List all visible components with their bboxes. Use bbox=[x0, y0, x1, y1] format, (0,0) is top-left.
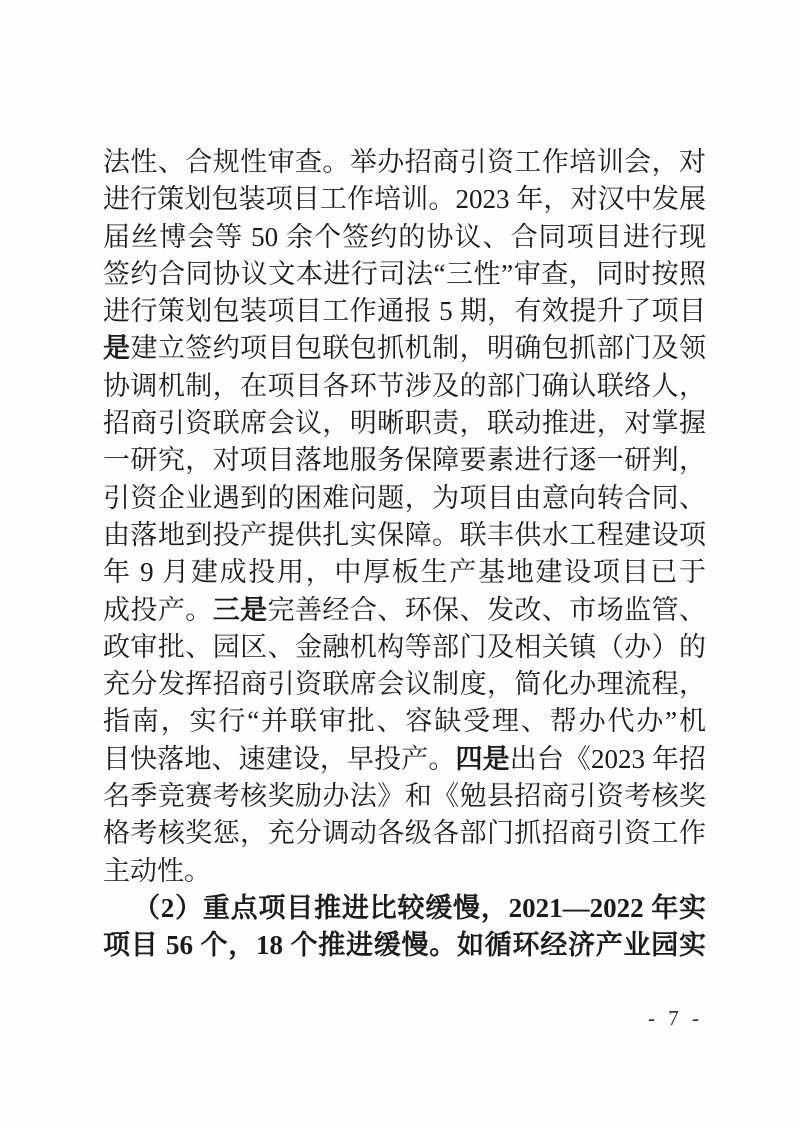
emphasis-text: 四是 bbox=[455, 744, 509, 774]
body-text: 充分发挥招商引资联席会议制度，简化办理流程，形成手续办理 bbox=[103, 669, 706, 703]
body-text: 建立签约项目包联包抓机制，明确包抓部门及领导，完善联动 bbox=[103, 333, 706, 367]
body-text: 进行策划包装项目工作培训。2023 年，对汉中发展大会，第六 bbox=[103, 184, 706, 218]
text-line: 项目 56 个，18 个推进缓慢。如循环经济产业园实施的 39 个重 bbox=[103, 927, 706, 964]
text-line: 充分发挥招商引资联席会议制度，简化办理流程，形成手续办理 bbox=[103, 666, 706, 703]
body-text: 名季竞赛考核奖励办法》和《勉县招商引资考核奖惩办法》，严 bbox=[103, 781, 706, 815]
body-text: 法性、合规性审查。举办招商引资工作培训会，对全县招商干部 bbox=[103, 147, 706, 181]
body-text: 成投产。 bbox=[103, 595, 213, 625]
body-text: 招商引资联席会议，明晰职责，联动推进，对掌握的线索项目逐 bbox=[103, 408, 706, 442]
document-body: 法性、合规性审查。举办招商引资工作培训会，对全县招商干部进行策划包装项目工作培训… bbox=[103, 144, 706, 965]
body-text: 协调机制，在项目各环节涉及的部门确认联络人，定期组织召开 bbox=[103, 371, 706, 405]
body-text: 进行策划包装项目工作通报 5 期，有效提升了项目谋划质量。 bbox=[103, 296, 706, 330]
text-line: （2）重点项目推进比较缓慢，2021—2022 年实施市级重点 bbox=[103, 890, 706, 927]
body-text: 年 9 月建成投用，中厚板生产基地建设项目已于 2023 年 12 月建 bbox=[103, 557, 706, 591]
text-line: 政审批、园区、金融机构等部门及相关镇（办）的联动协调机制， bbox=[103, 629, 706, 666]
text-line: 进行策划包装项目工作通报 5 期，有效提升了项目谋划质量。二 bbox=[103, 293, 706, 330]
text-line: 协调机制，在项目各环节涉及的部门确认联络人，定期组织召开 bbox=[103, 368, 706, 405]
body-text: 指南，实行“并联审批、容缺受理、帮办代办”机制，全力推动项 bbox=[103, 706, 706, 740]
emphasis-text: 是 bbox=[103, 333, 130, 363]
text-line: 名季竞赛考核奖励办法》和《勉县招商引资考核奖惩办法》，严 bbox=[103, 778, 706, 815]
text-line: 由落地到投产提供扎实保障。联丰供水工程建设项目已于 2023 bbox=[103, 517, 706, 554]
text-line: 主动性。 bbox=[103, 853, 706, 890]
body-text: 政审批、园区、金融机构等部门及相关镇（办）的联动协调机制， bbox=[103, 632, 706, 666]
text-line: 法性、合规性审查。举办招商引资工作培训会，对全县招商干部 bbox=[103, 144, 706, 181]
emphasis-text: 三是 bbox=[213, 595, 268, 625]
text-line: 签约合同协议文本进行司法“三性”审查，同时按照年度任务目标 bbox=[103, 256, 706, 293]
body-text: 一研究，对项目落地服务保障要素进行逐一研判，着力解决招商 bbox=[103, 445, 706, 479]
text-line: 引资企业遇到的困难问题，为项目由意向转合同、由合同转落地、 bbox=[103, 480, 706, 517]
emphasis-text: （2）重点项目推进比较缓慢，2021—2022 年实施市级重点 bbox=[133, 893, 706, 927]
document-page: 法性、合规性审查。举办招商引资工作培训会，对全县招商干部进行策划包装项目工作培训… bbox=[0, 0, 793, 1122]
text-line: 是建立签约项目包联包抓机制，明确包抓部门及领导，完善联动 bbox=[103, 330, 706, 367]
text-line: 目快落地、速建设，早投产。四是出台《2023 年招商引资月排 bbox=[103, 741, 706, 778]
emphasis-text: 项目 56 个，18 个推进缓慢。如循环经济产业园实施的 39 个重 bbox=[103, 930, 706, 964]
text-line: 格考核奖惩，充分调动各级各部门抓招商引资工作的积极性和 bbox=[103, 815, 706, 852]
page-number: - 7 - bbox=[648, 1004, 703, 1032]
text-line: 进行策划包装项目工作培训。2023 年，对汉中发展大会，第六 bbox=[103, 181, 706, 218]
body-text: 格考核奖惩，充分调动各级各部门抓招商引资工作的积极性和 bbox=[103, 818, 706, 852]
body-text: 目快落地、速建设，早投产。 bbox=[103, 744, 455, 774]
body-text: 引资企业遇到的困难问题，为项目由意向转合同、由合同转落地、 bbox=[103, 483, 706, 517]
text-line: 指南，实行“并联审批、容缺受理、帮办代办”机制，全力推动项 bbox=[103, 703, 706, 740]
body-text: 签约合同协议文本进行司法“三性”审查，同时按照年度任务目标 bbox=[103, 259, 706, 293]
text-line: 一研究，对项目落地服务保障要素进行逐一研判，着力解决招商 bbox=[103, 442, 706, 479]
text-line: 招商引资联席会议，明晰职责，联动推进，对掌握的线索项目逐 bbox=[103, 405, 706, 442]
text-line: 届丝博会等 50 余个签约的协议、合同项目进行现场评审，并对 bbox=[103, 219, 706, 256]
text-line: 年 9 月建成投用，中厚板生产基地建设项目已于 2023 年 12 月建 bbox=[103, 554, 706, 591]
body-text: 届丝博会等 50 余个签约的协议、合同项目进行现场评审，并对 bbox=[103, 222, 706, 256]
body-text: 主动性。 bbox=[103, 856, 211, 886]
body-text: 由落地到投产提供扎实保障。联丰供水工程建设项目已于 2023 bbox=[103, 520, 706, 554]
text-line: 成投产。三是完善经合、环保、发改、市场监管、自然资源、行 bbox=[103, 592, 706, 629]
